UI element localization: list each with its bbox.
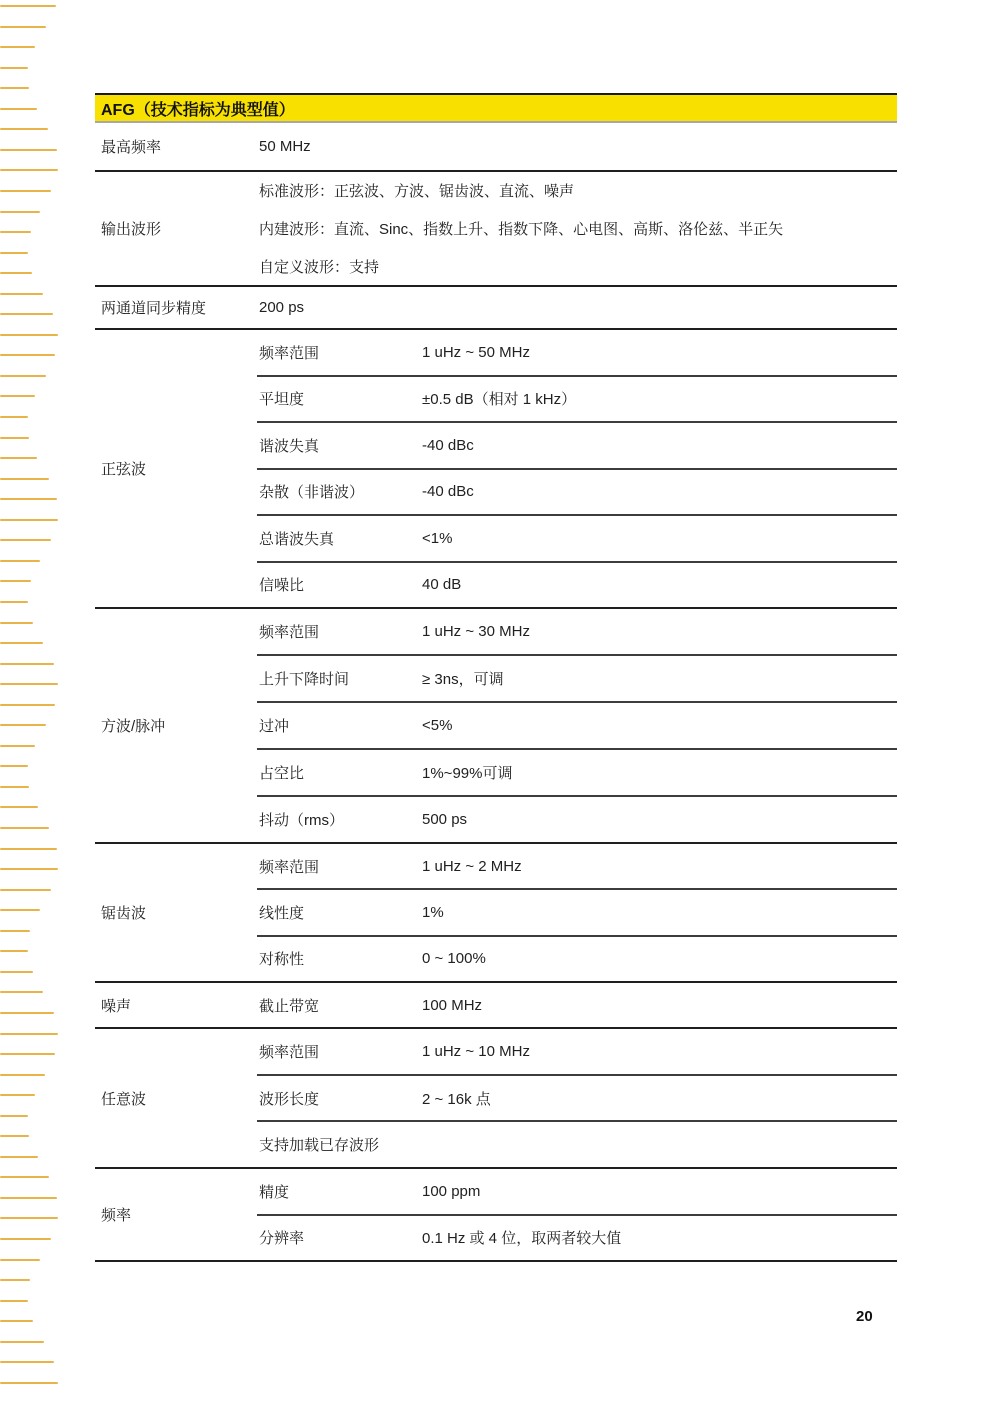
edge-line <box>0 1197 57 1199</box>
edge-line <box>0 149 57 151</box>
edge-line <box>0 437 29 439</box>
edge-line <box>0 601 28 603</box>
edge-decoration <box>0 0 70 1401</box>
spec-name: 频率范围 <box>257 342 422 363</box>
edge-line <box>0 293 43 295</box>
section-label: 噪声 <box>95 983 257 1027</box>
spec-row: 线性度1% <box>257 890 897 936</box>
edge-line <box>0 1156 38 1158</box>
spec-value: 1 uHz ~ 50 MHz <box>422 344 897 361</box>
edge-line <box>0 67 28 69</box>
edge-line <box>0 334 58 336</box>
section-label: 输出波形 <box>95 172 257 285</box>
spec-value: <1% <box>422 530 897 547</box>
edge-line <box>0 1176 49 1178</box>
spec-section: 频率精度100 ppm分辨率0.1 Hz 或 4 位，取两者较大值 <box>95 1169 897 1262</box>
section-rows: 200 ps <box>257 287 897 328</box>
spec-row: 杂散（非谐波）-40 dBc <box>257 470 897 517</box>
edge-line <box>0 1217 58 1219</box>
spec-text: 200 ps <box>257 299 304 316</box>
edge-line <box>0 909 40 911</box>
table-header: AFG（技术指标为典型值） <box>95 93 897 123</box>
edge-line <box>0 806 38 808</box>
spec-name: 过冲 <box>257 715 422 736</box>
spec-value: 1 uHz ~ 2 MHz <box>422 858 897 875</box>
edge-line <box>0 395 35 397</box>
edge-line <box>0 26 46 28</box>
edge-line <box>0 87 29 89</box>
spec-name: 线性度 <box>257 902 422 923</box>
edge-line <box>0 580 31 582</box>
spec-value: 100 MHz <box>422 997 897 1014</box>
spec-value: 2 ~ 16k 点 <box>422 1088 897 1109</box>
spec-row: 占空比1%~99%可调 <box>257 750 897 797</box>
section-label: 任意波 <box>95 1029 257 1167</box>
edge-line <box>0 560 40 562</box>
spec-row: 抖动（rms）500 ps <box>257 797 897 842</box>
edge-line <box>0 683 58 685</box>
spec-name: 分辨率 <box>257 1227 422 1248</box>
edge-line <box>0 231 31 233</box>
section-rows: 标准波形：正弦波、方波、锯齿波、直流、噪声内建波形：直流、Sinc、指数上升、指… <box>257 172 897 285</box>
section-label: 锯齿波 <box>95 844 257 981</box>
edge-line <box>0 1094 35 1096</box>
spec-text: 标准波形：正弦波、方波、锯齿波、直流、噪声 <box>257 180 574 201</box>
spec-section: 正弦波频率范围1 uHz ~ 50 MHz平坦度±0.5 dB（相对 1 kHz… <box>95 330 897 609</box>
section-label: 两通道同步精度 <box>95 287 257 328</box>
spec-section: 锯齿波频率范围1 uHz ~ 2 MHz线性度1%对称性0 ~ 100% <box>95 844 897 983</box>
spec-text: 内建波形：直流、Sinc、指数上升、指数下降、心电图、高斯、洛伦兹、半正矢 <box>257 218 783 239</box>
edge-line <box>0 848 57 850</box>
edge-line <box>0 663 54 665</box>
spec-name: 波形长度 <box>257 1088 422 1109</box>
edge-line <box>0 642 43 644</box>
spec-name: 平坦度 <box>257 388 422 409</box>
edge-line <box>0 868 58 870</box>
edge-line <box>0 827 49 829</box>
section-rows: 频率范围1 uHz ~ 2 MHz线性度1%对称性0 ~ 100% <box>257 844 897 981</box>
spec-row: 分辨率0.1 Hz 或 4 位，取两者较大值 <box>257 1216 897 1261</box>
edge-line <box>0 375 46 377</box>
edge-line <box>0 128 48 130</box>
section-label: 最高频率 <box>95 123 257 170</box>
spec-value: 1 uHz ~ 10 MHz <box>422 1043 897 1060</box>
edge-line <box>0 889 51 891</box>
section-rows: 精度100 ppm分辨率0.1 Hz 或 4 位，取两者较大值 <box>257 1169 897 1260</box>
spec-row: 频率范围1 uHz ~ 2 MHz <box>257 844 897 890</box>
edge-line <box>0 1012 54 1014</box>
spec-section: 两通道同步精度200 ps <box>95 287 897 330</box>
spec-section: 方波/脉冲频率范围1 uHz ~ 30 MHz上升下降时间≥ 3ns，可调过冲<… <box>95 609 897 844</box>
edge-line <box>0 1259 40 1261</box>
edge-line <box>0 519 58 521</box>
section-label: 频率 <box>95 1169 257 1260</box>
edge-line <box>0 313 53 315</box>
edge-line <box>0 1053 55 1055</box>
spec-value: ±0.5 dB（相对 1 kHz） <box>422 388 897 409</box>
spec-name: 总谐波失真 <box>257 528 422 549</box>
edge-line <box>0 354 55 356</box>
edge-line <box>0 724 46 726</box>
spec-name: 谐波失真 <box>257 435 422 456</box>
section-rows: 频率范围1 uHz ~ 10 MHz波形长度2 ~ 16k 点支持加载已存波形 <box>257 1029 897 1167</box>
edge-line <box>0 704 55 706</box>
section-rows: 截止带宽100 MHz <box>257 983 897 1027</box>
spec-row: 上升下降时间≥ 3ns，可调 <box>257 656 897 703</box>
section-rows: 频率范围1 uHz ~ 30 MHz上升下降时间≥ 3ns，可调过冲<5%占空比… <box>257 609 897 842</box>
spec-row: 精度100 ppm <box>257 1169 897 1216</box>
spec-row: 200 ps <box>257 287 897 328</box>
edge-line <box>0 5 56 7</box>
edge-line <box>0 478 49 480</box>
spec-row: 标准波形：正弦波、方波、锯齿波、直流、噪声 <box>257 172 897 210</box>
edge-line <box>0 1033 58 1035</box>
spec-value: 1% <box>422 904 897 921</box>
edge-line <box>0 416 28 418</box>
spec-value: 0 ~ 100% <box>422 950 897 967</box>
spec-row: 自定义波形：支持 <box>257 247 897 285</box>
spec-row: 总谐波失真<1% <box>257 516 897 563</box>
spec-row: 截止带宽100 MHz <box>257 983 897 1027</box>
spec-section: 输出波形标准波形：正弦波、方波、锯齿波、直流、噪声内建波形：直流、Sinc、指数… <box>95 172 897 287</box>
edge-line <box>0 1341 44 1343</box>
spec-row: 波形长度2 ~ 16k 点 <box>257 1076 897 1123</box>
edge-line <box>0 1115 28 1117</box>
spec-row: 平坦度±0.5 dB（相对 1 kHz） <box>257 377 897 424</box>
edge-line <box>0 457 37 459</box>
spec-row: 50 MHz <box>257 123 897 170</box>
section-label: 方波/脉冲 <box>95 609 257 842</box>
spec-value: 100 ppm <box>422 1183 897 1200</box>
spec-text: 自定义波形：支持 <box>257 256 379 277</box>
section-rows: 50 MHz <box>257 123 897 170</box>
edge-line <box>0 971 33 973</box>
spec-name: 频率范围 <box>257 1041 422 1062</box>
spec-row: 频率范围1 uHz ~ 30 MHz <box>257 609 897 656</box>
spec-row: 频率范围1 uHz ~ 50 MHz <box>257 330 897 377</box>
edge-line <box>0 252 28 254</box>
spec-name: 占空比 <box>257 762 422 783</box>
spec-value: 1 uHz ~ 30 MHz <box>422 623 897 640</box>
edge-line <box>0 1135 29 1137</box>
edge-line <box>0 190 51 192</box>
spec-name: 精度 <box>257 1181 422 1202</box>
edge-line <box>0 272 32 274</box>
edge-line <box>0 950 28 952</box>
edge-line <box>0 786 29 788</box>
section-label: 正弦波 <box>95 330 257 607</box>
spec-section: 噪声截止带宽100 MHz <box>95 983 897 1029</box>
spec-row: 对称性0 ~ 100% <box>257 937 897 981</box>
spec-row: 支持加载已存波形 <box>257 1122 897 1167</box>
spec-value: 40 dB <box>422 576 897 593</box>
edge-line <box>0 539 51 541</box>
section-rows: 频率范围1 uHz ~ 50 MHz平坦度±0.5 dB（相对 1 kHz）谐波… <box>257 330 897 607</box>
edge-line <box>0 1361 54 1363</box>
edge-line <box>0 930 30 932</box>
spec-value: <5% <box>422 717 897 734</box>
spec-name: 信噪比 <box>257 574 422 595</box>
spec-row: 内建波形：直流、Sinc、指数上升、指数下降、心电图、高斯、洛伦兹、半正矢 <box>257 210 897 248</box>
edge-line <box>0 1074 45 1076</box>
spec-value: -40 dBc <box>422 483 897 500</box>
edge-line <box>0 1279 30 1281</box>
spec-name: 抖动（rms） <box>257 809 422 830</box>
spec-row: 频率范围1 uHz ~ 10 MHz <box>257 1029 897 1076</box>
spec-row: 信噪比40 dB <box>257 563 897 608</box>
spec-text: 50 MHz <box>257 138 311 155</box>
spec-section: 最高频率50 MHz <box>95 123 897 172</box>
spec-name: 频率范围 <box>257 621 422 642</box>
edge-line <box>0 46 35 48</box>
spec-name: 对称性 <box>257 948 422 969</box>
spec-row: 谐波失真-40 dBc <box>257 423 897 470</box>
spec-sections: 最高频率50 MHz输出波形标准波形：正弦波、方波、锯齿波、直流、噪声内建波形：… <box>95 123 897 1262</box>
spec-value: 500 ps <box>422 811 897 828</box>
table-header-title: AFG（技术指标为典型值） <box>101 97 295 120</box>
edge-line <box>0 211 40 213</box>
spec-name: 截止带宽 <box>257 995 422 1016</box>
spec-section: 任意波频率范围1 uHz ~ 10 MHz波形长度2 ~ 16k 点支持加载已存… <box>95 1029 897 1169</box>
edge-line <box>0 108 37 110</box>
spec-text: 支持加载已存波形 <box>257 1134 379 1155</box>
spec-name: 频率范围 <box>257 856 422 877</box>
spec-value: ≥ 3ns，可调 <box>422 668 897 689</box>
spec-value: -40 dBc <box>422 437 897 454</box>
spec-name: 上升下降时间 <box>257 668 422 689</box>
page-number: 20 <box>856 1308 873 1325</box>
edge-line <box>0 991 43 993</box>
edge-line <box>0 1382 58 1384</box>
spec-row: 过冲<5% <box>257 703 897 750</box>
edge-line <box>0 1238 51 1240</box>
edge-line <box>0 622 33 624</box>
spec-name: 杂散（非谐波） <box>257 481 422 502</box>
edge-line <box>0 765 28 767</box>
spec-value: 1%~99%可调 <box>422 762 897 783</box>
spec-value: 0.1 Hz 或 4 位，取两者较大值 <box>422 1227 897 1248</box>
edge-line <box>0 1300 28 1302</box>
spec-table: AFG（技术指标为典型值） 最高频率50 MHz输出波形标准波形：正弦波、方波、… <box>95 93 897 1262</box>
edge-line <box>0 498 57 500</box>
edge-line <box>0 1320 33 1322</box>
edge-line <box>0 745 35 747</box>
edge-line <box>0 169 58 171</box>
